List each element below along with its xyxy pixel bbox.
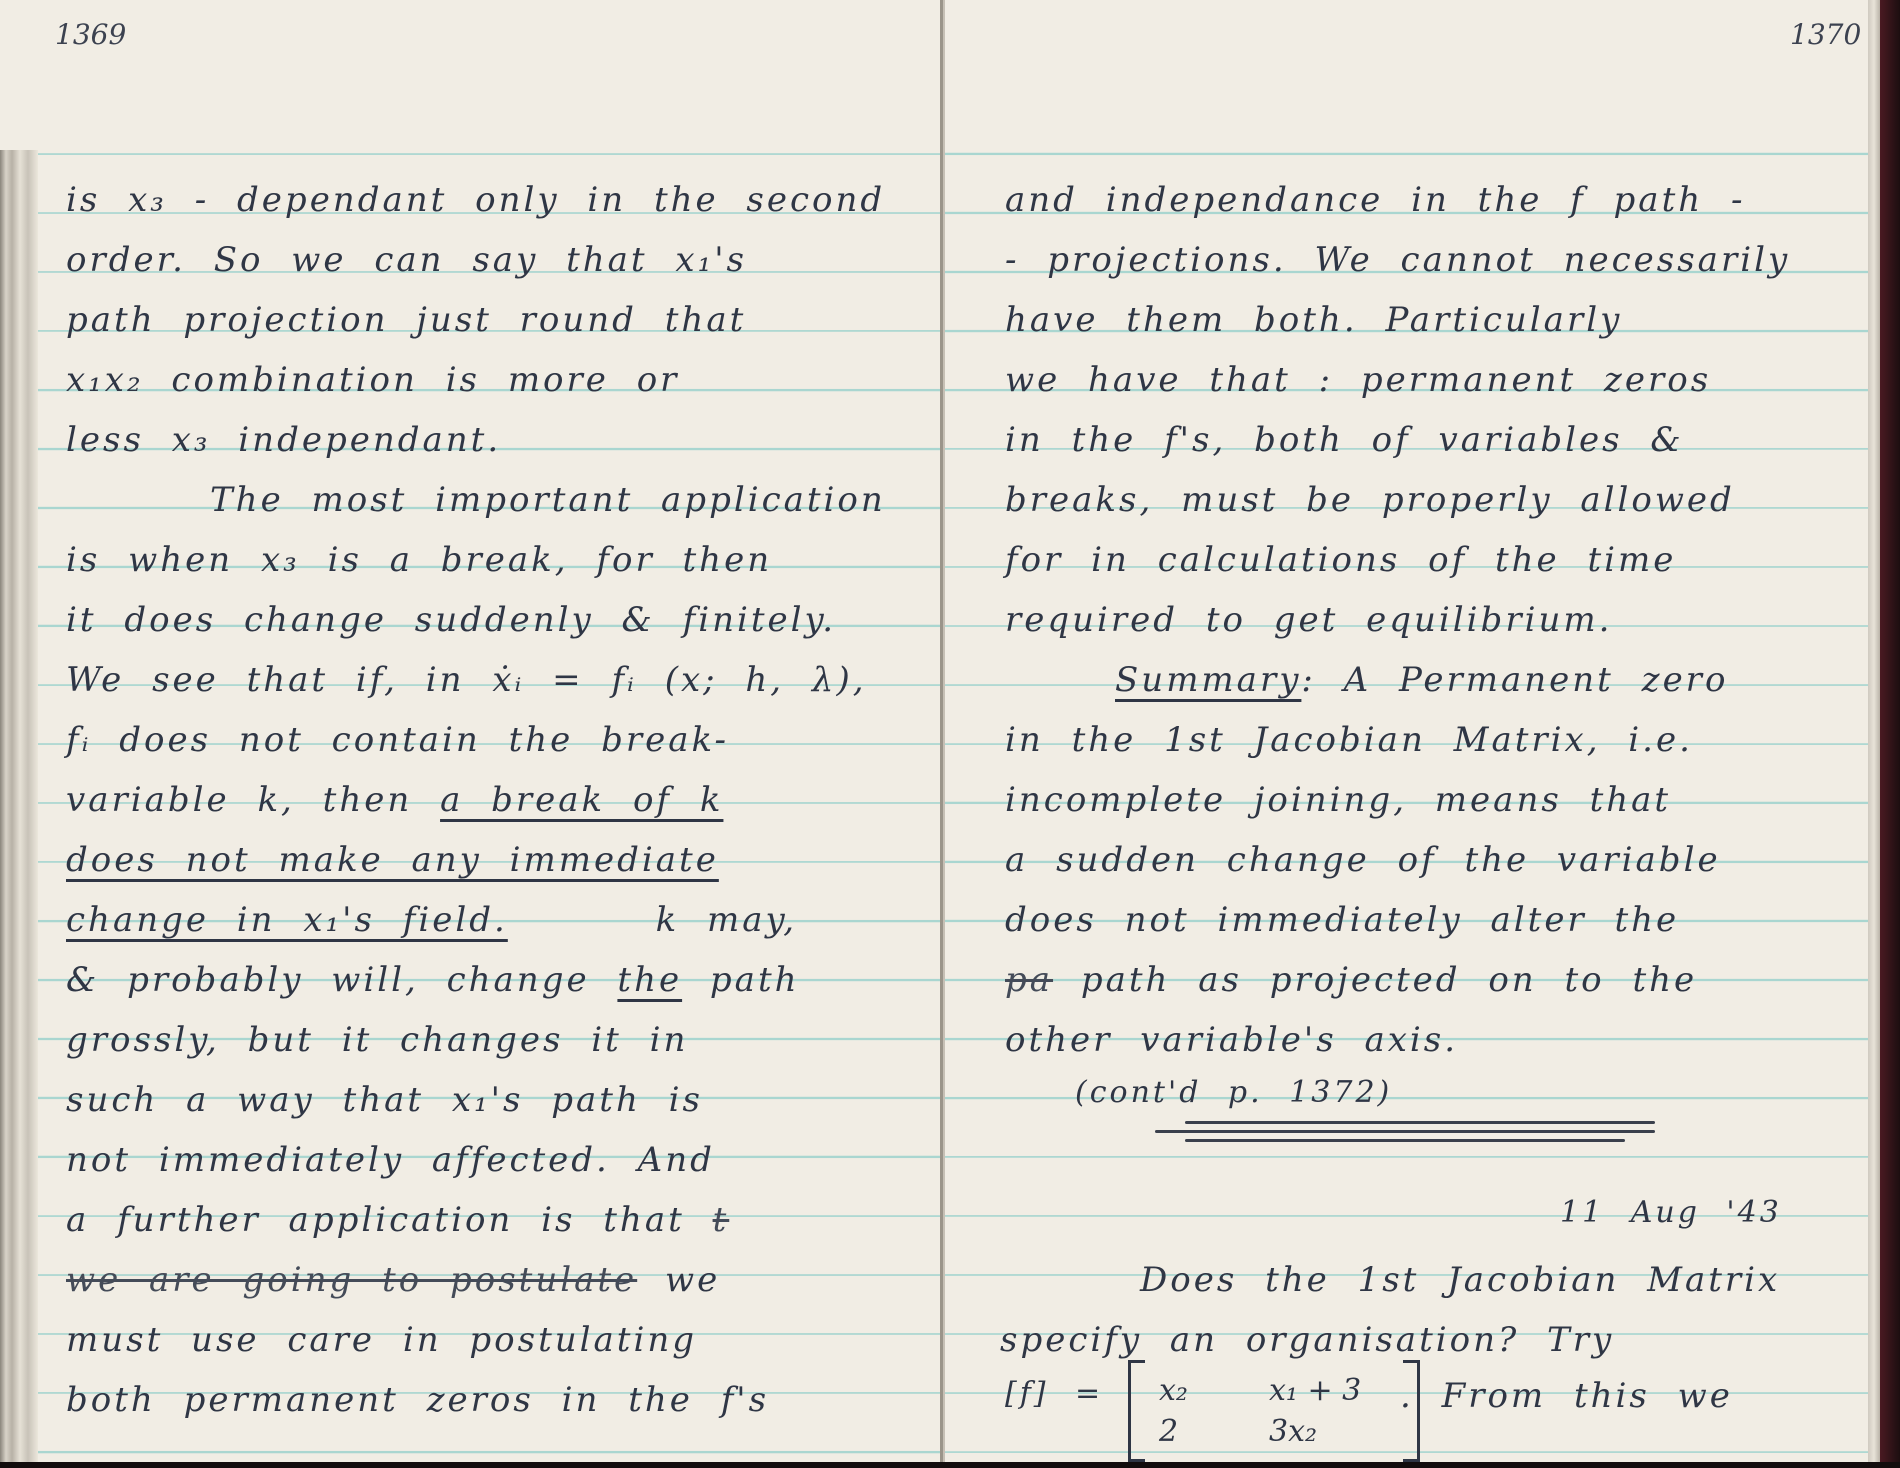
text-line: we have that : permanent zeros — [1005, 360, 1711, 400]
text-line: does not immediately alter the — [1005, 900, 1679, 940]
text-line: required to get equilibrium. — [1005, 600, 1612, 640]
entry-date: 11 Aug '43 — [1560, 1195, 1782, 1230]
text-line: for in calculations of the time — [1005, 540, 1676, 580]
right-page-text: and independance in the f path - - proje… — [0, 0, 1900, 1468]
text-line: a sudden change of the variable — [1005, 840, 1721, 880]
matrix-grid: x₂ x₁ + 3 2 3x₂ — [1145, 1373, 1403, 1449]
jacobian-matrix: x₂ x₁ + 3 2 3x₂ — [1128, 1360, 1420, 1462]
summary-line: Summary: A Permanent zero — [1115, 660, 1728, 700]
text-segment: : A Permanent zero — [1301, 660, 1728, 700]
struck-text: pa — [1005, 960, 1053, 1000]
text-segment: path as projected on to the — [1081, 960, 1697, 1000]
text-line: pa path as projected on to the — [1005, 960, 1697, 1000]
text-line: Does the 1st Jacobian Matrix — [1140, 1260, 1780, 1300]
text-line: other variable's axis. — [1005, 1020, 1458, 1060]
matrix-label: [f] = — [1005, 1376, 1103, 1411]
text-line: in the f's, both of variables & — [1005, 420, 1684, 460]
text-line: and independance in the f path - — [1005, 180, 1745, 220]
text-line: specify an organisation? Try — [1000, 1320, 1614, 1360]
text-line: in the 1st Jacobian Matrix, i.e. — [1005, 720, 1693, 760]
matrix-cell: 2 — [1159, 1414, 1269, 1449]
text-line: have them both. Particularly — [1005, 300, 1622, 340]
text-line: breaks, must be properly allowed — [1005, 480, 1735, 520]
left-bracket — [1128, 1360, 1145, 1462]
matrix-cell: 3x₂ — [1269, 1414, 1389, 1449]
continuation-note: (cont'd p. 1372) — [1075, 1075, 1392, 1110]
matrix-cell: x₁ + 3 — [1269, 1373, 1389, 1408]
section-divider — [1155, 1121, 1675, 1148]
matrix-cell: x₂ — [1159, 1373, 1269, 1408]
text-line: . From this we — [1400, 1376, 1733, 1416]
text-line: - projections. We cannot necessarily — [1005, 240, 1790, 280]
text-line: incomplete joining, means that — [1005, 780, 1671, 820]
right-bracket — [1403, 1360, 1420, 1462]
summary-label: Summary — [1115, 660, 1301, 700]
